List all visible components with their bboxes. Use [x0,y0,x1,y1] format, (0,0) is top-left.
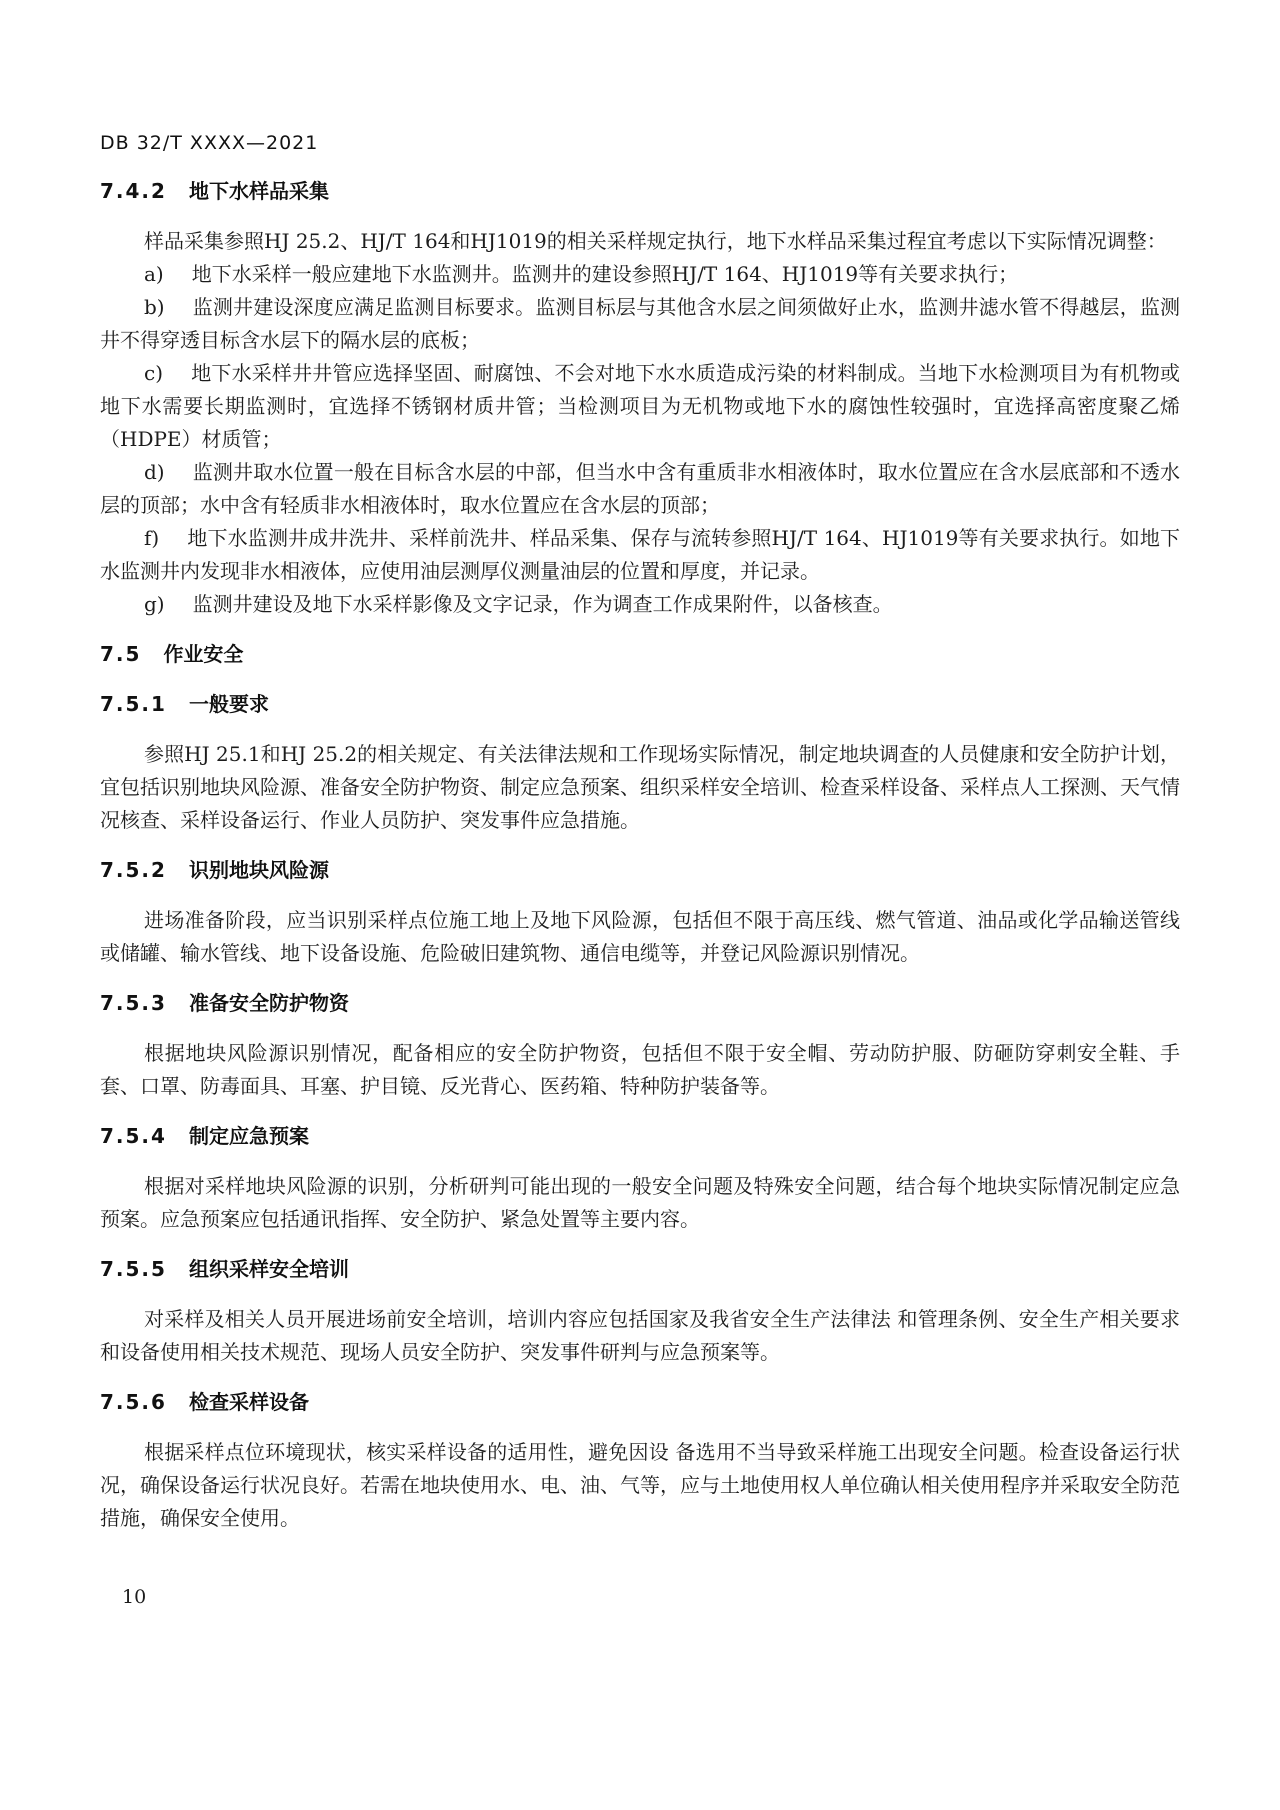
section-title: 作业安全 [163,642,243,666]
section-title: 组织采样安全培训 [189,1257,349,1281]
section-title: 地下水样品采集 [189,179,329,203]
document-code: DB 32/T XXXX—2021 [100,128,1180,158]
section-number: 7.4.2 [100,179,167,203]
section-heading-7-5-1: 7.5.1一般要求 [100,688,1180,721]
section-title: 一般要求 [189,692,269,716]
list-item-b: b)监测井建设深度应满足监测目标要求。监测目标层与其他含水层之间须做好止水，监测… [100,291,1180,357]
list-item-marker: a) [144,262,164,286]
list-item-marker: d) [144,460,165,484]
section-number: 7.5.3 [100,991,167,1015]
list-item-text: 监测井建设深度应满足监测目标要求。监测目标层与其他含水层之间须做好止水，监测井滤… [100,295,1180,352]
list-item-marker: b) [144,295,165,319]
section-title: 识别地块风险源 [189,858,329,882]
section-title: 检查采样设备 [189,1390,309,1414]
document-page: DB 32/T XXXX—2021 7.4.2地下水样品采集 样品采集参照HJ … [0,0,1280,1810]
section-title: 准备安全防护物资 [189,991,349,1015]
page-number: 10 [100,1581,1180,1614]
list-item-text: 地下水监测井成井洗井、采样前洗井、样品采集、保存与流转参照HJ/T 164、HJ… [100,526,1180,583]
list-item-marker: c) [144,361,163,385]
list-item-g: g)监测井建设及地下水采样影像及文字记录，作为调查工作成果附件，以备核查。 [100,588,1180,621]
section-heading-7-4-2: 7.4.2地下水样品采集 [100,175,1180,208]
list-item-marker: f) [144,526,159,550]
paragraph-752: 进场准备阶段，应当识别采样点位施工地上及地下风险源，包括但不限于高压线、燃气管道… [100,904,1180,970]
section-heading-7-5-2: 7.5.2识别地块风险源 [100,854,1180,887]
list-item-d: d)监测井取水位置一般在目标含水层的中部，但当水中含有重质非水相液体时，取水位置… [100,456,1180,522]
list-item-text: 监测井取水位置一般在目标含水层的中部，但当水中含有重质非水相液体时，取水位置应在… [100,460,1180,517]
paragraph-756: 根据采样点位环境现状，核实采样设备的适用性，避免因设 备选用不当导致采样施工出现… [100,1436,1180,1535]
section-number: 7.5.5 [100,1257,167,1281]
paragraph-754: 根据对采样地块风险源的识别，分析研判可能出现的一般安全问题及特殊安全问题，结合每… [100,1170,1180,1236]
paragraph-753: 根据地块风险源识别情况，配备相应的安全防护物资，包括但不限于安全帽、劳动防护服、… [100,1037,1180,1103]
section-heading-7-5-5: 7.5.5组织采样安全培训 [100,1253,1180,1286]
section-number: 7.5.2 [100,858,167,882]
list-item-text: 地下水采样一般应建地下水监测井。监测井的建设参照HJ/T 164、HJ1019等… [192,262,1018,286]
paragraph-755: 对采样及相关人员开展进场前安全培训，培训内容应包括国家及我省安全生产法律法 和管… [100,1303,1180,1369]
section-heading-7-5-4: 7.5.4制定应急预案 [100,1120,1180,1153]
section-heading-7-5-3: 7.5.3准备安全防护物资 [100,987,1180,1020]
section-number: 7.5.6 [100,1390,167,1414]
list-item-a: a)地下水采样一般应建地下水监测井。监测井的建设参照HJ/T 164、HJ101… [100,258,1180,291]
list-item-marker: g) [144,592,165,616]
section-title: 制定应急预案 [189,1124,309,1148]
list-item-c: c)地下水采样井井管应选择坚固、耐腐蚀、不会对地下水水质造成污染的材料制成。当地… [100,357,1180,456]
section-number: 7.5.1 [100,692,167,716]
section-number: 7.5 [100,642,141,666]
section-heading-7-5-6: 7.5.6检查采样设备 [100,1386,1180,1419]
list-item-text: 地下水采样井井管应选择坚固、耐腐蚀、不会对地下水水质造成污染的材料制成。当地下水… [100,361,1180,451]
list-item-text: 监测井建设及地下水采样影像及文字记录，作为调查工作成果附件，以备核查。 [193,592,893,616]
paragraph-742-intro: 样品采集参照HJ 25.2、HJ/T 164和HJ1019的相关采样规定执行，地… [100,225,1180,258]
section-number: 7.5.4 [100,1124,167,1148]
section-heading-7-5: 7.5作业安全 [100,638,1180,671]
list-item-f: f)地下水监测井成井洗井、采样前洗井、样品采集、保存与流转参照HJ/T 164、… [100,522,1180,588]
paragraph-751: 参照HJ 25.1和HJ 25.2的相关规定、有关法律法规和工作现场实际情况，制… [100,738,1180,837]
